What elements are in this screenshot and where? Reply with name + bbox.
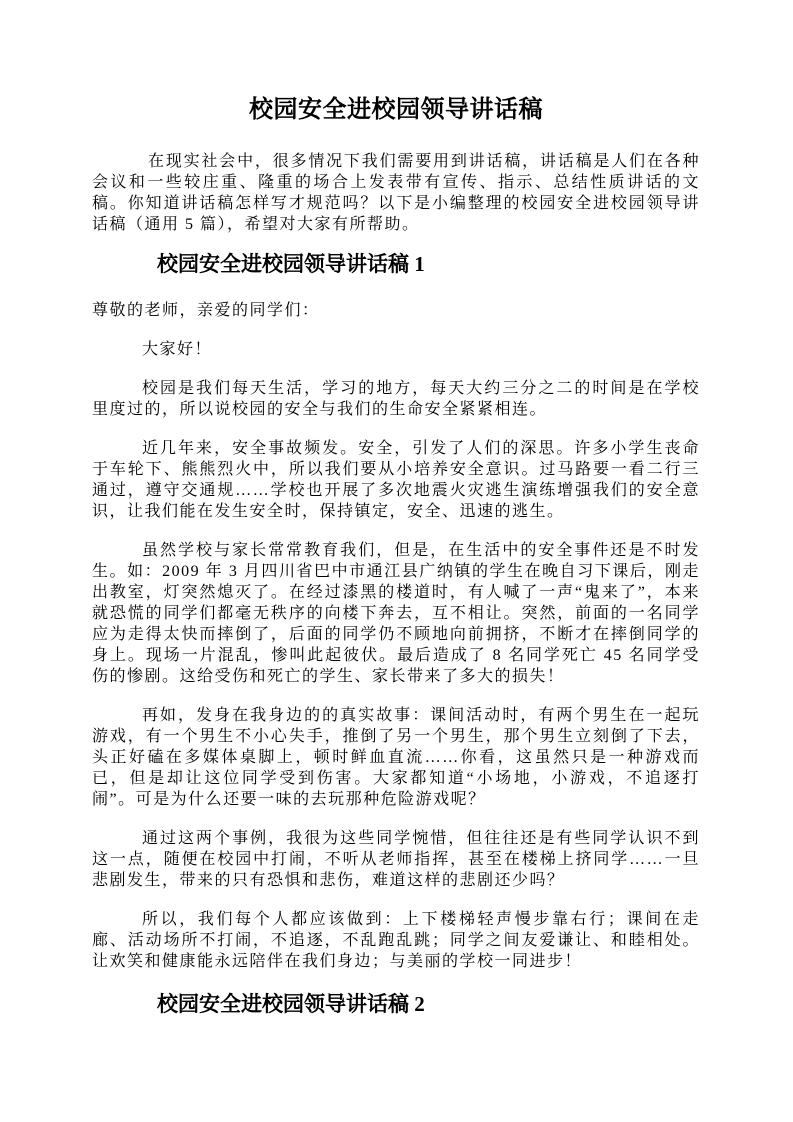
section-1-heading: 校园安全进校园领导讲话稿 1 (92, 250, 700, 278)
salutation-paragraph: 尊敬的老师，亲爱的同学们： (92, 300, 700, 321)
body-paragraph: 再如，发身在我身边的的真实故事：课间活动时，有两个男生在一起玩游戏，有一个男生不… (92, 705, 700, 810)
body-paragraph: 校园是我们每天生活，学习的地方，每天大约三分之二的时间是在学校里度过的，所以说校… (92, 378, 700, 420)
document-page: 校园安全进校园领导讲话稿 在现实社会中，很多情况下我们需要用到讲话稿，讲话稿是人… (0, 0, 793, 1122)
body-paragraph: 所以，我们每个人都应该做到：上下楼梯轻声慢步靠右行；课间在走廊、活动场所不打闹，… (92, 909, 700, 972)
body-paragraph: 虽然学校与家长常常教育我们，但是，在生活中的安全事件还是不时发生。如：2009 … (92, 540, 700, 687)
document-title: 校园安全进校园领导讲话稿 (92, 97, 700, 123)
intro-paragraph: 在现实社会中，很多情况下我们需要用到讲话稿，讲话稿是人们在各种会议和一些较庄重、… (92, 151, 700, 235)
section-2-heading: 校园安全进校园领导讲话稿 2 (92, 990, 700, 1018)
body-paragraph: 通过这两个事例，我很为这些同学惋惜，但往往还是有些同学认识不到这一点，随便在校园… (92, 828, 700, 891)
body-paragraph: 大家好！ (92, 339, 700, 360)
body-paragraph: 近几年来，安全事故频发。安全，引发了人们的深思。许多小学生丧命于车轮下、熊熊烈火… (92, 438, 700, 522)
